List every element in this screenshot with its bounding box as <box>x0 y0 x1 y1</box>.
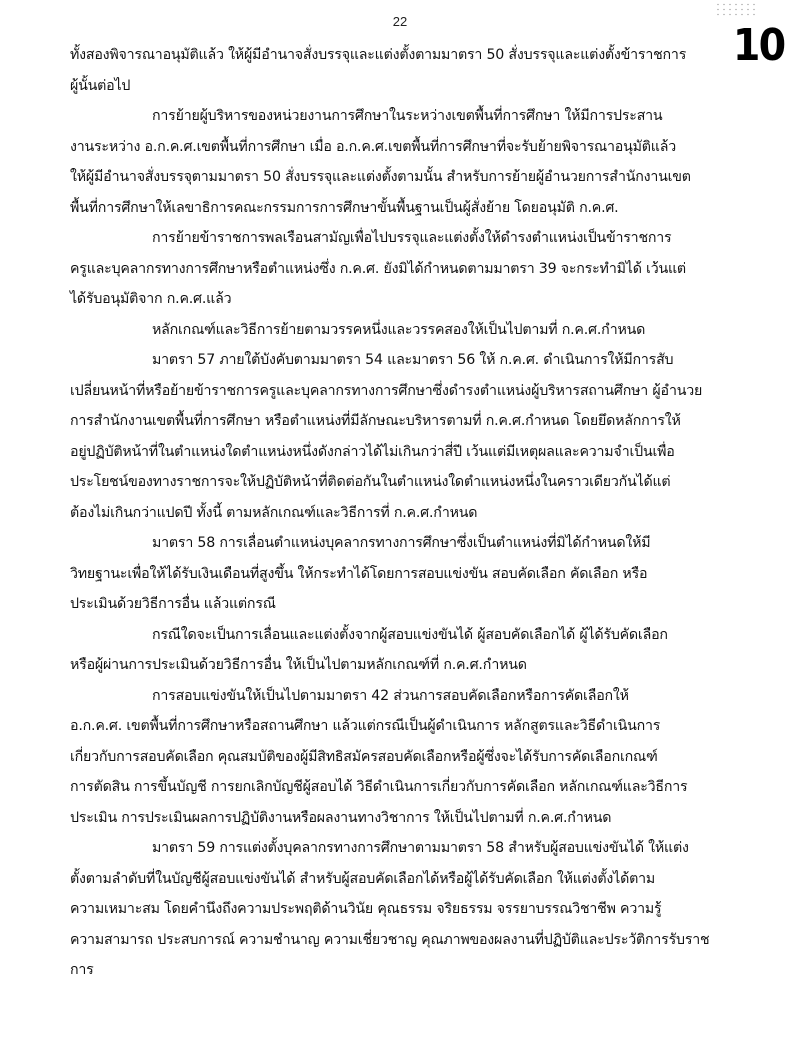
text-line: ความเหมาะสม โดยคำนึงถึงความประพฤติด้านวิ… <box>70 894 710 925</box>
text-line: การตัดสิน การขึ้นบัญชี การยกเลิกบัญชีผู้… <box>70 772 710 803</box>
text-line: พื้นที่การศึกษาให้เลขาธิการคณะกรรมการการ… <box>70 193 710 224</box>
text-line: วิทยฐานะเพื่อให้ได้รับเงินเดือนที่สูงขึ้… <box>70 559 710 590</box>
page-number: 22 <box>0 14 800 29</box>
text-line: ผู้นั้นต่อไป <box>70 71 710 102</box>
text-line: การสำนักงานเขตพื้นที่การศึกษา หรือตำแหน่… <box>70 406 710 437</box>
paragraph-start: หลักเกณฑ์และวิธีการย้ายตามวรรคหนึ่งและวร… <box>70 315 710 346</box>
text-line: การ <box>70 955 710 986</box>
text-line: เปลี่ยนหน้าที่หรือย้ายข้าราชการครูและบุค… <box>70 376 710 407</box>
text-line: ตั้งตามลำดับที่ในบัญชีผู้สอบแข่งขันได้ ส… <box>70 864 710 895</box>
paragraph-start: การย้ายข้าราชการพลเรือนสามัญเพื่อไปบรรจุ… <box>70 223 710 254</box>
text-line: งานระหว่าง อ.ก.ค.ศ.เขตพื้นที่การศึกษา เม… <box>70 132 710 163</box>
text-line: ให้ผู้มีอำนาจสั่งบรรจุตามมาตรา 50 สั่งบร… <box>70 162 710 193</box>
text-line: ความสามารถ ประสบการณ์ ความชำนาญ ความเชี่… <box>70 925 710 956</box>
text-line: อยู่ปฏิบัติหน้าที่ในตำแหน่งใดตำแหน่งหนึ่… <box>70 437 710 468</box>
text-line: ประโยชน์ของทางราชการจะให้ปฏิบัติหน้าที่ต… <box>70 467 710 498</box>
scan-speckle <box>715 2 755 18</box>
paragraph-start: กรณีใดจะเป็นการเลื่อนและแต่งตั้งจากผู้สอ… <box>70 620 710 651</box>
text-line: หรือผู้ผ่านการประเมินด้วยวิธีการอื่น ให้… <box>70 650 710 681</box>
text-line: เกี่ยวกับการสอบคัดเลือก คุณสมบัติของผู้ม… <box>70 742 710 773</box>
handwritten-page-mark: 10 <box>733 20 785 71</box>
text-line: อ.ก.ค.ศ. เขตพื้นที่การศึกษาหรือสถานศึกษา… <box>70 711 710 742</box>
section-57-start: มาตรา 57 ภายใต้บังคับตามมาตรา 54 และมาตร… <box>70 345 710 376</box>
text-line: ครูและบุคลากรทางการศึกษาหรือตำแหน่งซึ่ง … <box>70 254 710 285</box>
text-line: ประเมินด้วยวิธีการอื่น แล้วแต่กรณี <box>70 589 710 620</box>
text-line: ทั้งสองพิจารณาอนุมัติแล้ว ให้ผู้มีอำนาจส… <box>70 40 710 71</box>
text-line: ประเมิน การประเมินผลการปฏิบัติงานหรือผลง… <box>70 803 710 834</box>
section-58-start: มาตรา 58 การเลื่อนตำแหน่งบุคลากรทางการศึ… <box>70 528 710 559</box>
paragraph-start: การสอบแข่งขันให้เป็นไปตามมาตรา 42 ส่วนกา… <box>70 681 710 712</box>
text-line: ได้รับอนุมัติจาก ก.ค.ศ.แล้ว <box>70 284 710 315</box>
document-body: ทั้งสองพิจารณาอนุมัติแล้ว ให้ผู้มีอำนาจส… <box>70 40 710 986</box>
text-line: ต้องไม่เกินกว่าแปดปี ทั้งนี้ ตามหลักเกณฑ… <box>70 498 710 529</box>
section-59-start: มาตรา 59 การแต่งตั้งบุคลากรทางการศึกษาตา… <box>70 833 710 864</box>
paragraph-start: การย้ายผู้บริหารของหน่วยงานการศึกษาในระห… <box>70 101 710 132</box>
